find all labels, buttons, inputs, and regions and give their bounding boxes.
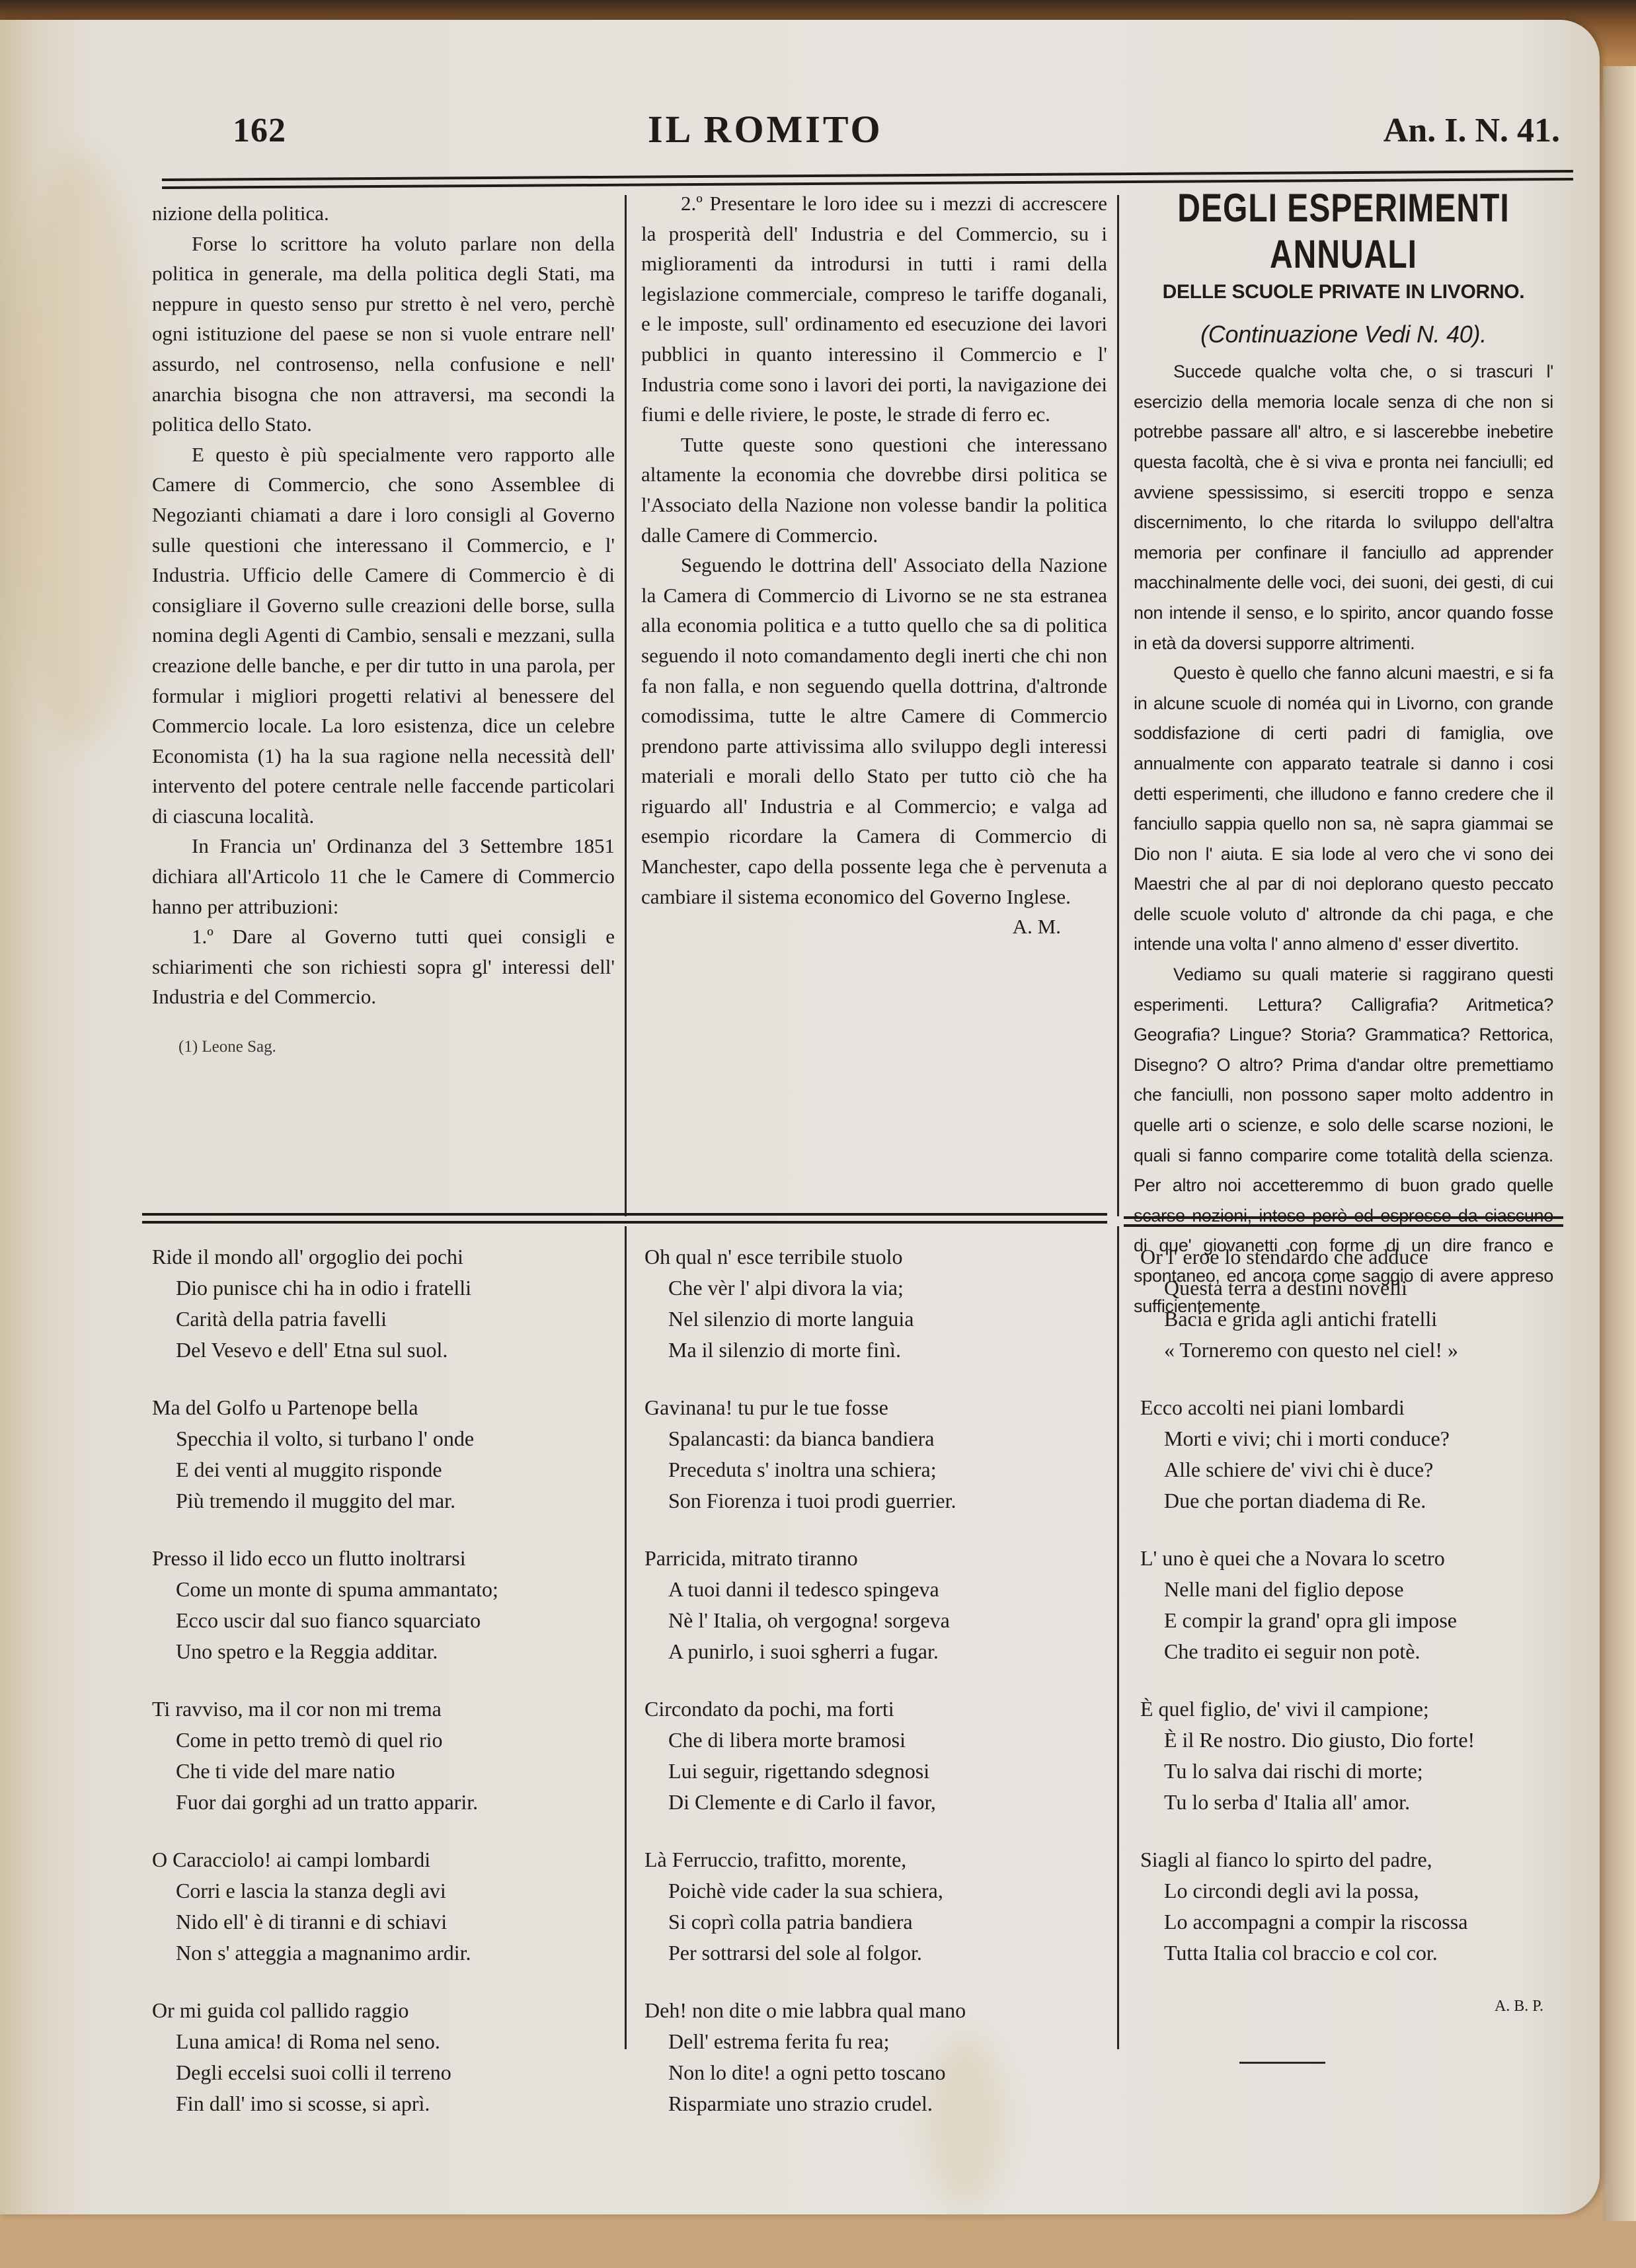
poem-line: Spalancasti: da bianca bandiera xyxy=(644,1423,1107,1454)
paragraph: E questo è più specialmente vero rapport… xyxy=(152,440,615,832)
column-divider xyxy=(1117,1226,1119,2049)
poem-line: L' uno è quei che a Novara lo scetro xyxy=(1140,1543,1570,1574)
poem-line: Nido ell' è di tiranni e di schiavi xyxy=(152,1906,615,1937)
poem-line: Degli eccelsi suoi colli il terreno xyxy=(152,2057,615,2088)
poem-line: Non s' atteggia a magnanimo ardir. xyxy=(152,1937,615,1969)
poem-line: Che di libera morte bramosi xyxy=(644,1725,1107,1756)
issue-number: An. I. N. 41. xyxy=(1383,111,1560,150)
poem-line: A punirlo, i suoi sgherri a fugar. xyxy=(644,1636,1107,1667)
poem-line: Si coprì colla patria bandiera xyxy=(644,1906,1107,1937)
poem-line: Morti e vivi; chi i morti conduce? xyxy=(1140,1423,1570,1454)
poem-line: E dei venti al muggito risponde xyxy=(152,1454,615,1485)
poem-line: Tu lo salva dai rischi di morte; xyxy=(1140,1756,1570,1787)
page-number: 162 xyxy=(233,111,286,150)
poem-line: Lui seguir, rigettando sdegnosi xyxy=(644,1756,1107,1787)
poem-line: A tuoi danni il tedesco spingeva xyxy=(644,1574,1107,1605)
author-signature: A. M. xyxy=(641,912,1107,942)
paragraph: nizione della politica. xyxy=(152,198,615,229)
poem-stanza: Ride il mondo all' orgoglio dei pochiDio… xyxy=(152,1241,615,1366)
paragraph: 2.º Presentare le loro idee su i mezzi d… xyxy=(641,188,1107,430)
article-column-1: nizione della politica.Forse lo scrittor… xyxy=(152,198,615,1062)
poem-line: Siagli al fianco lo spirto del padre, xyxy=(1140,1844,1570,1875)
poem-line: Più tremendo il muggito del mar. xyxy=(152,1485,615,1516)
poem-line: Dio punisce chi ha in odio i fratelli xyxy=(152,1272,615,1304)
poem-stanza: Là Ferruccio, trafitto, morente,Poichè v… xyxy=(644,1844,1107,1969)
poem-line: Ma il silenzio di morte finì. xyxy=(644,1335,1107,1366)
poem-line: Di Clemente e di Carlo il favor, xyxy=(644,1787,1107,1818)
poem-line: Come un monte di spuma ammantato; xyxy=(152,1574,615,1605)
continuation-note: (Continuazione Vedi N. 40). xyxy=(1134,319,1553,350)
poem-line: Specchia il volto, si turbano l' onde xyxy=(152,1423,615,1454)
poem-line: Corri e lascia la stanza degli avi xyxy=(152,1875,615,1906)
poem-line: « Torneremo con questo nel ciel! » xyxy=(1140,1335,1570,1366)
poem-stanza: Or mi guida col pallido raggioLuna amica… xyxy=(152,1995,615,2119)
poem-line: Nè l' Italia, oh vergogna! sorgeva xyxy=(644,1605,1107,1636)
poem-line: Fin dall' imo si scosse, si aprì. xyxy=(152,2088,615,2119)
poem-stanza: Circondato da pochi, ma fortiChe di libe… xyxy=(644,1694,1107,1818)
poem-stanza: Deh! non dite o mie labbra qual manoDell… xyxy=(644,1995,1107,2119)
end-rule xyxy=(1239,2062,1325,2064)
poem-line: Ecco uscir dal suo fianco squarciato xyxy=(152,1605,615,1636)
article-subtitle: DELLE SCUOLE PRIVATE IN LIVORNO. xyxy=(1134,277,1553,307)
poem-column-2: Oh qual n' esce terribile stuoloChe vèr … xyxy=(644,1241,1107,2146)
poem-line: Là Ferruccio, trafitto, morente, xyxy=(644,1844,1107,1875)
poem-line: Ma del Golfo u Partenope bella xyxy=(152,1392,615,1423)
paragraph: Seguendo le dottrina dell' Associato del… xyxy=(641,550,1107,912)
poem-line: Nel silenzio di morte languia xyxy=(644,1304,1107,1335)
poem-line: Ride il mondo all' orgoglio dei pochi xyxy=(152,1241,615,1272)
poem-stanza: È quel figlio, de' vivi il campione;È il… xyxy=(1140,1694,1570,1818)
poem-line: Oh qual n' esce terribile stuolo xyxy=(644,1241,1107,1272)
section-double-rule xyxy=(142,1213,1107,1224)
poem-line: Lo accompagni a compir la riscossa xyxy=(1140,1906,1570,1937)
poem-stanza: Or l' eroe lo stendardo che adduceQuesta… xyxy=(1140,1241,1570,1366)
poem-line: Gavinana! tu pur le tue fosse xyxy=(644,1392,1107,1423)
poem-line: È quel figlio, de' vivi il campione; xyxy=(1140,1694,1570,1725)
poem-line: Come in petto tremò di quel rio xyxy=(152,1725,615,1756)
poem-line: Per sottrarsi del sole al folgor. xyxy=(644,1937,1107,1969)
footnote: (1) Leone Sag. xyxy=(152,1032,615,1062)
poem-line: Che vèr l' alpi divora la via; xyxy=(644,1272,1107,1304)
poem-stanza: Ti ravviso, ma il cor non mi tremaCome i… xyxy=(152,1694,615,1818)
poem-line: Or l' eroe lo stendardo che adduce xyxy=(1140,1241,1570,1272)
poem-stanza: Siagli al fianco lo spirto del padre,Lo … xyxy=(1140,1844,1570,1969)
poem-line: Luna amica! di Roma nel seno. xyxy=(152,2026,615,2057)
section-double-rule xyxy=(1124,1216,1563,1227)
poem-stanza: O Caracciolo! ai campi lombardiCorri e l… xyxy=(152,1844,615,1969)
poem-stanza: Ecco accolti nei piani lombardiMorti e v… xyxy=(1140,1392,1570,1516)
poem-line: Or mi guida col pallido raggio xyxy=(152,1995,615,2026)
paragraph: Succede qualche volta che, o si trascuri… xyxy=(1134,357,1553,658)
poem-line: Deh! non dite o mie labbra qual mano xyxy=(644,1995,1107,2026)
article-column-3: DEGLI ESPERIMENTI ANNUALI DELLE SCUOLE P… xyxy=(1134,195,1553,1321)
poem-line: Parricida, mitrato tiranno xyxy=(644,1543,1107,1574)
poem-line: Bacia e grida agli antichi fratelli xyxy=(1140,1304,1570,1335)
poem-stanza: Gavinana! tu pur le tue fosseSpalancasti… xyxy=(644,1392,1107,1516)
poem-line: Uno spetro e la Reggia additar. xyxy=(152,1636,615,1667)
poem-line: Presso il lido ecco un flutto inoltrarsi xyxy=(152,1543,615,1574)
poem-line: Che tradito ei seguir non potè. xyxy=(1140,1636,1570,1667)
poem-line: È il Re nostro. Dio giusto, Dio forte! xyxy=(1140,1725,1570,1756)
column-divider xyxy=(625,195,627,1216)
poem-line: Ti ravviso, ma il cor non mi trema xyxy=(152,1694,615,1725)
article-body: Succede qualche volta che, o si trascuri… xyxy=(1134,357,1553,1321)
poem-stanza: L' uno è quei che a Novara lo scetroNell… xyxy=(1140,1543,1570,1667)
poem-column-3: Or l' eroe lo stendardo che adduceQuesta… xyxy=(1140,1241,1570,2064)
poem-column-1: Ride il mondo all' orgoglio dei pochiDio… xyxy=(152,1241,615,2146)
poem-line: Non lo dite! a ogni petto toscano xyxy=(644,2057,1107,2088)
column-divider xyxy=(1117,195,1119,1216)
poem-stanza: Presso il lido ecco un flutto inoltrarsi… xyxy=(152,1543,615,1667)
paragraph: Tutte queste sono questioni che interess… xyxy=(641,430,1107,550)
poem-line: Questa terra a destini novelli xyxy=(1140,1272,1570,1304)
poem-line: Fuor dai gorghi ad un tratto apparir. xyxy=(152,1787,615,1818)
paragraph: 1.º Dare al Governo tutti quei consigli … xyxy=(152,921,615,1012)
column-divider xyxy=(625,1226,627,2049)
paragraph: Questo è quello che fanno alcuni maestri… xyxy=(1134,658,1553,960)
poem-line: O Caracciolo! ai campi lombardi xyxy=(152,1844,615,1875)
poem-line: Circondato da pochi, ma forti xyxy=(644,1694,1107,1725)
poem-line: Due che portan diadema di Re. xyxy=(1140,1485,1570,1516)
poem-line: Dell' estrema ferita fu rea; xyxy=(644,2026,1107,2057)
article-title: DEGLI ESPERIMENTI ANNUALI xyxy=(1134,186,1553,278)
poem-line: Nelle mani del figlio depose xyxy=(1140,1574,1570,1605)
paragraph: Forse lo scrittore ha voluto parlare non… xyxy=(152,229,615,440)
poem-line: Risparmiate uno strazio crudel. xyxy=(644,2088,1107,2119)
poem-line: Che ti vide del mare natio xyxy=(152,1756,615,1787)
poem-line: Tutta Italia col braccio e col cor. xyxy=(1140,1937,1570,1969)
masthead-title: IL ROMITO xyxy=(648,107,883,151)
poem-signature: A. B. P. xyxy=(1140,1991,1570,2022)
poem-line: Carità della patria favelli xyxy=(152,1304,615,1335)
poem-stanza: Parricida, mitrato tirannoA tuoi danni i… xyxy=(644,1543,1107,1667)
poem-line: Tu lo serba d' Italia all' amor. xyxy=(1140,1787,1570,1818)
poem-stanza: Oh qual n' esce terribile stuoloChe vèr … xyxy=(644,1241,1107,1366)
poem-line: E compir la grand' opra gli impose xyxy=(1140,1605,1570,1636)
poem-stanza: Ma del Golfo u Partenope bellaSpecchia i… xyxy=(152,1392,615,1516)
article-column-2: 2.º Presentare le loro idee su i mezzi d… xyxy=(641,188,1107,942)
poem-line: Preceduta s' inoltra una schiera; xyxy=(644,1454,1107,1485)
paper-stain xyxy=(13,152,145,747)
poem-line: Poichè vide cader la sua schiera, xyxy=(644,1875,1107,1906)
poem-line: Son Fiorenza i tuoi prodi guerrier. xyxy=(644,1485,1107,1516)
poem-line: Ecco accolti nei piani lombardi xyxy=(1140,1392,1570,1423)
poem-line: Alle schiere de' vivi chi è duce? xyxy=(1140,1454,1570,1485)
paragraph: In Francia un' Ordinanza del 3 Settembre… xyxy=(152,831,615,921)
poem-line: Del Vesevo e dell' Etna sul suol. xyxy=(152,1335,615,1366)
adjacent-page-edge xyxy=(1603,66,1636,2221)
poem-line: Lo circondi degli avi la possa, xyxy=(1140,1875,1570,1906)
page-header: 162 IL ROMITO An. I. N. 41. xyxy=(225,111,1573,164)
